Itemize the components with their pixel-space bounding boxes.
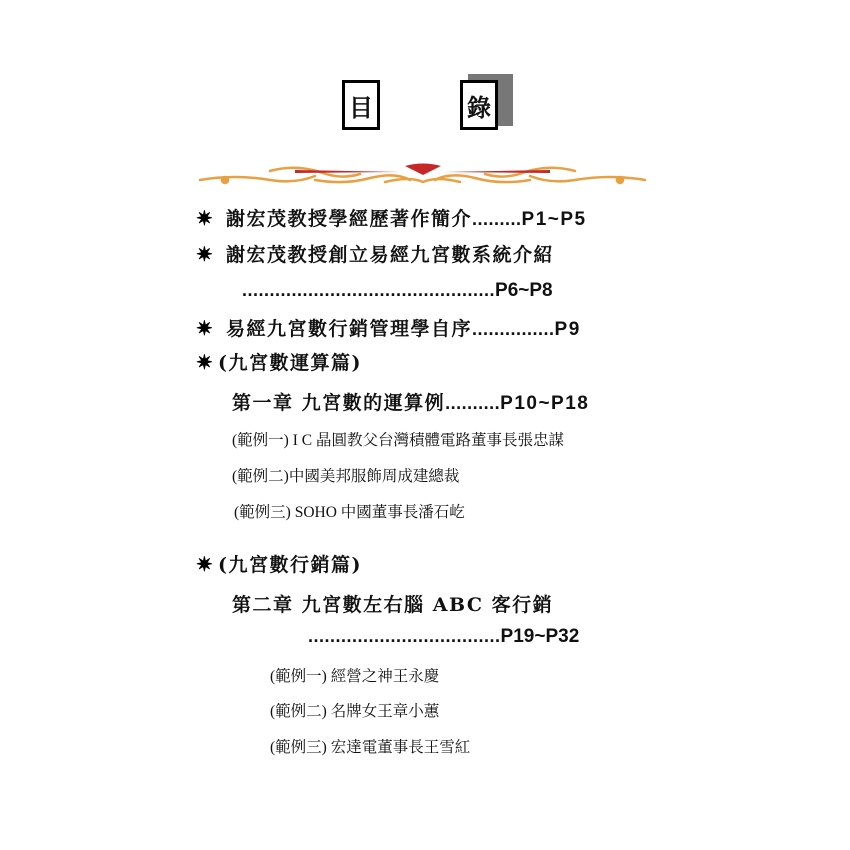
toc-section-marketing[interactable]: ✷ (九宮數行銷篇) <box>196 550 362 577</box>
title-char-1: 目 <box>349 88 373 123</box>
toc-example-2-3[interactable]: (範例三) 宏達電董事長王雪紅 <box>270 735 470 757</box>
toc-example-2-2[interactable]: (範例二) 名牌女王章小蕙 <box>270 699 439 721</box>
toc-example-1-1[interactable]: (範例一) I C 晶圓教父台灣積體電路董事長張忠謀 <box>232 428 564 450</box>
starburst-icon: ✷ <box>196 552 218 576</box>
toc-entry-2[interactable]: ✷ 謝宏茂教授創立易經九宮數系統介紹 <box>196 240 554 267</box>
toc-page-range: P6~P8 <box>495 280 553 302</box>
title-box-lu: 錄 <box>460 80 498 130</box>
toc-example-1-3[interactable]: (範例三) SOHO 中國董事長潘石屹 <box>234 500 465 522</box>
toc-chapter-title: 第二章 九宮數左右腦 ABC 客行銷 <box>232 590 553 617</box>
decorative-ornament-divider <box>195 158 650 188</box>
toc-chapter-2[interactable]: 第二章 九宮數左右腦 ABC 客行銷 <box>232 590 553 617</box>
toc-example-title: (範例三) 宏達電董事長王雪紅 <box>270 735 470 757</box>
toc-chapter-2-leader-line: ................................... P19~… <box>308 626 579 648</box>
toc-example-title: (範例二) 名牌女王章小蕙 <box>270 699 439 721</box>
toc-section-title: (九宮數行銷篇) <box>218 550 362 577</box>
toc-leader: ................................... <box>308 626 501 647</box>
toc-chapter-1[interactable]: 第一章 九宮數的運算例 .......... P10~P18 <box>232 388 589 415</box>
toc-leader: ............... <box>472 319 555 340</box>
toc-leader: .......... <box>445 393 500 414</box>
toc-leader: ......... <box>472 209 522 230</box>
starburst-icon: ✷ <box>196 316 218 340</box>
toc-entry-2-leader-line: ........................................… <box>242 280 553 302</box>
toc-example-title: (範例二)中國美邦服飾周成建總裁 <box>232 464 459 486</box>
starburst-icon: ✷ <box>196 242 218 266</box>
toc-example-2-1[interactable]: (範例一) 經營之神王永慶 <box>270 664 439 686</box>
toc-example-title: (範例一) I C 晶圓教父台灣積體電路董事長張忠謀 <box>232 428 564 450</box>
toc-page-range: P9 <box>555 319 581 341</box>
toc-entry-title: 謝宏茂教授創立易經九宮數系統介紹 <box>226 240 554 267</box>
toc-section-title: (九宮數運算篇) <box>218 348 362 375</box>
toc-example-title: (範例一) 經營之神王永慶 <box>270 664 439 686</box>
toc-entry-title: 謝宏茂教授學經歷著作簡介 <box>226 204 472 231</box>
toc-leader: ........................................… <box>242 280 495 301</box>
toc-page-range: P19~P32 <box>501 626 580 648</box>
toc-example-1-2[interactable]: (範例二)中國美邦服飾周成建總裁 <box>232 464 459 486</box>
toc-chapter-title: 第一章 九宮數的運算例 <box>232 388 445 415</box>
title-box-mu: 目 <box>342 80 380 130</box>
toc-entry-title: 易經九宮數行銷管理學自序 <box>226 314 472 341</box>
toc-section-calculation[interactable]: ✷ (九宮數運算篇) <box>196 348 362 375</box>
toc-example-title: (範例三) SOHO 中國董事長潘石屹 <box>234 500 465 522</box>
toc-entry-1[interactable]: ✷ 謝宏茂教授學經歷著作簡介 ......... P1~P5 <box>196 204 587 231</box>
starburst-icon: ✷ <box>196 206 218 230</box>
starburst-icon: ✷ <box>196 350 218 374</box>
toc-page-range: P10~P18 <box>500 393 589 415</box>
toc-entry-3[interactable]: ✷ 易經九宮數行銷管理學自序 ............... P9 <box>196 314 581 341</box>
toc-page-range: P1~P5 <box>522 209 587 231</box>
title-char-2: 錄 <box>467 88 491 123</box>
